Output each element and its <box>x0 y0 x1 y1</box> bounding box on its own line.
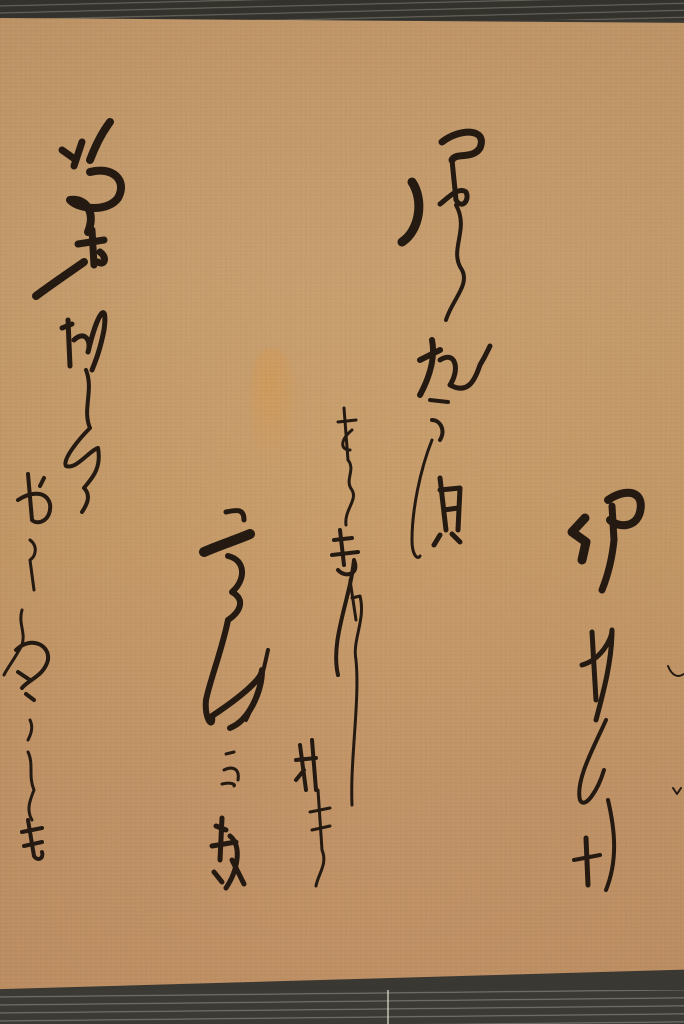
column-center-right <box>402 132 490 557</box>
column-center-left <box>204 510 268 888</box>
column-far-left <box>4 474 50 859</box>
calligraphy-ink <box>0 0 684 1024</box>
column-left <box>36 122 121 512</box>
column-far-right <box>572 493 684 890</box>
column-center <box>296 408 362 886</box>
